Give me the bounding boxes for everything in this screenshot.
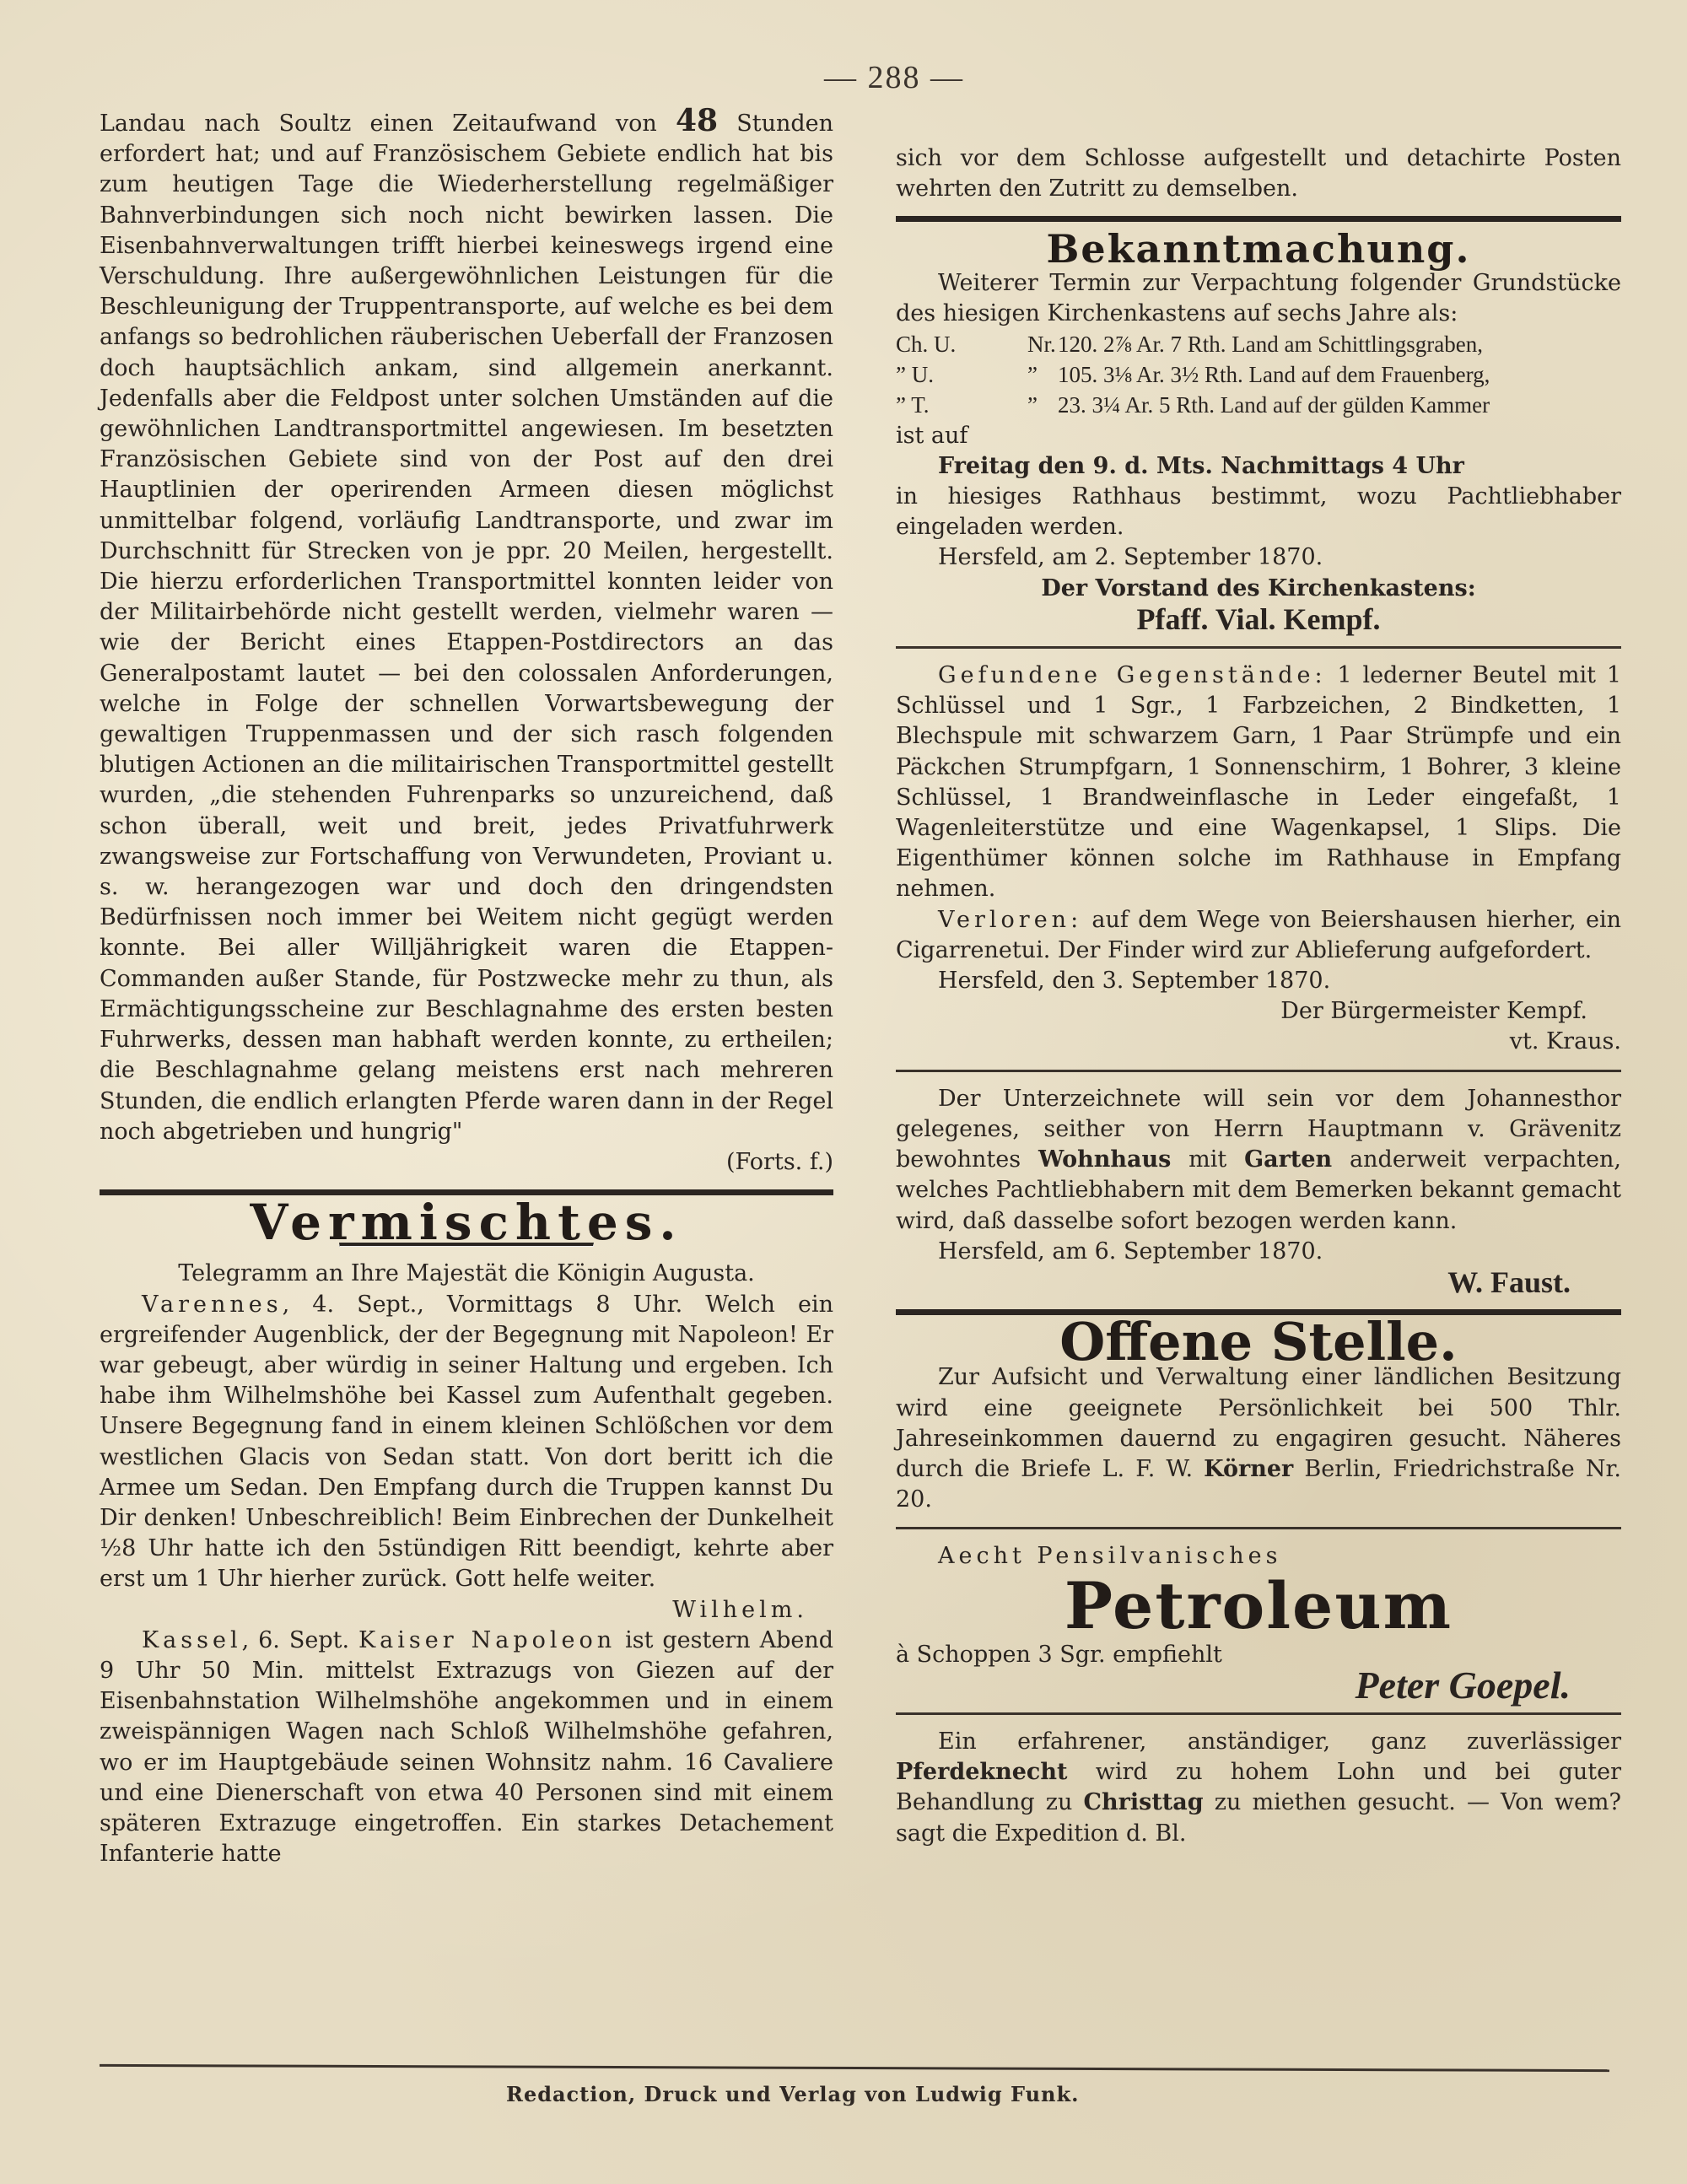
page-number: — 288 — <box>776 59 1012 96</box>
auction-date: Freitag den 9. d. Mts. Nachmittags 4 Uhr <box>896 451 1621 482</box>
found-items-label: Gefundene Gegenstände: <box>938 662 1327 688</box>
telegram-title: Telegramm an Ihre Majestät die Königin A… <box>100 1259 833 1289</box>
place-date: Hersfeld, am 6. September 1870. <box>896 1237 1621 1267</box>
section-divider <box>896 1712 1621 1715</box>
subject: Kaiser Napoleon <box>358 1627 616 1653</box>
section-heading-offene-stelle: Offene Stelle. <box>896 1327 1621 1357</box>
ist-auf: ist auf <box>896 421 1621 451</box>
dateline-place: Varennes <box>142 1292 283 1318</box>
kassel-report: Kassel, 6. Sept. Kaiser Napoleon ist ges… <box>100 1626 833 1870</box>
board-signatures: Pfaff. Vial. Kempf. <box>896 604 1621 634</box>
lost-label: Verloren: <box>938 907 1082 933</box>
found-items-notice: Gefundene Gegenstände: 1 lederner Beutel… <box>896 661 1621 905</box>
seller-name: Peter Goepel. <box>896 1670 1571 1701</box>
deputy-signature: vt. Kraus. <box>896 1027 1621 1057</box>
parcel-text: 120. 2⅞ Ar. 7 Rth. Land am Schittlingsgr… <box>1058 329 1621 359</box>
section-divider <box>896 216 1621 222</box>
dateline-place: Kassel <box>142 1627 242 1653</box>
continued-note: (Forts. f.) <box>100 1147 833 1178</box>
section-heading-vermischtes: Vermischtes. <box>100 1207 833 1238</box>
parcel-prefix: ” T. <box>896 390 1022 420</box>
imprint: Redaction, Druck und Verlag von Ludwig F… <box>506 2082 1079 2106</box>
mayor-signature: Der Bürgermeister Kempf. <box>896 996 1587 1027</box>
lost-item-notice: Verloren: auf dem Wege von Beiershausen … <box>896 905 1621 966</box>
right-column: sich vor dem Schlosse aufgestellt und de… <box>896 143 1621 1849</box>
job-notice: Zur Aufsicht und Verwaltung einer ländli… <box>896 1362 1621 1515</box>
rental-notice: Der Unterzeichnete will sein vor dem Joh… <box>896 1084 1621 1237</box>
section-divider <box>896 1527 1621 1529</box>
parcel-text: 105. 3⅛ Ar. 3½ Rth. Land auf dem Frauenb… <box>1058 359 1621 390</box>
telegram-body: Varennes, 4. Sept., Vormittags 8 Uhr. We… <box>100 1290 833 1595</box>
place-date: Hersfeld, am 2. September 1870. <box>896 542 1621 573</box>
lease-intro: Weiterer Termin zur Verpachtung folgende… <box>896 268 1621 329</box>
parcel-text: 23. 3¼ Ar. 5 Rth. Land auf der gülden Ka… <box>1058 390 1621 420</box>
article-continuation: Landau nach Soultz einen Zeitaufwand von… <box>100 105 833 1147</box>
footer-divider <box>100 2064 1609 2072</box>
parcel-prefix: ” U. <box>896 359 1022 390</box>
auction-location: in hiesiges Rathhaus bestimmt, wozu Pach… <box>896 482 1621 542</box>
stable-hand-notice: Ein erfahrener, anständiger, ganz zuverl… <box>896 1727 1621 1849</box>
section-divider <box>896 646 1621 649</box>
board-label: Der Vorstand des Kirchenkastens: <box>896 574 1621 604</box>
telegram-signature: Wilhelm. <box>100 1595 808 1626</box>
section-heading-bekanntmachung: Bekanntmachung. <box>896 234 1621 264</box>
article-continuation-end: sich vor dem Schlosse aufgestellt und de… <box>896 143 1621 204</box>
petroleum-heading: Petroleum <box>896 1572 1621 1640</box>
left-column: Landau nach Soultz einen Zeitaufwand von… <box>100 105 833 1869</box>
parcel-marker: ” <box>1027 359 1053 390</box>
section-divider <box>896 1070 1621 1072</box>
highlight-number: 48 <box>676 103 718 138</box>
parcel-marker: ” <box>1027 390 1053 420</box>
parcel-list: Ch. U. Nr. 120. 2⅞ Ar. 7 Rth. Land am Sc… <box>896 329 1621 421</box>
parcel-marker: Nr. <box>1027 329 1053 359</box>
parcel-prefix: Ch. U. <box>896 329 1022 359</box>
rental-signature: W. Faust. <box>896 1267 1571 1297</box>
place-date: Hersfeld, den 3. September 1870. <box>896 966 1621 996</box>
